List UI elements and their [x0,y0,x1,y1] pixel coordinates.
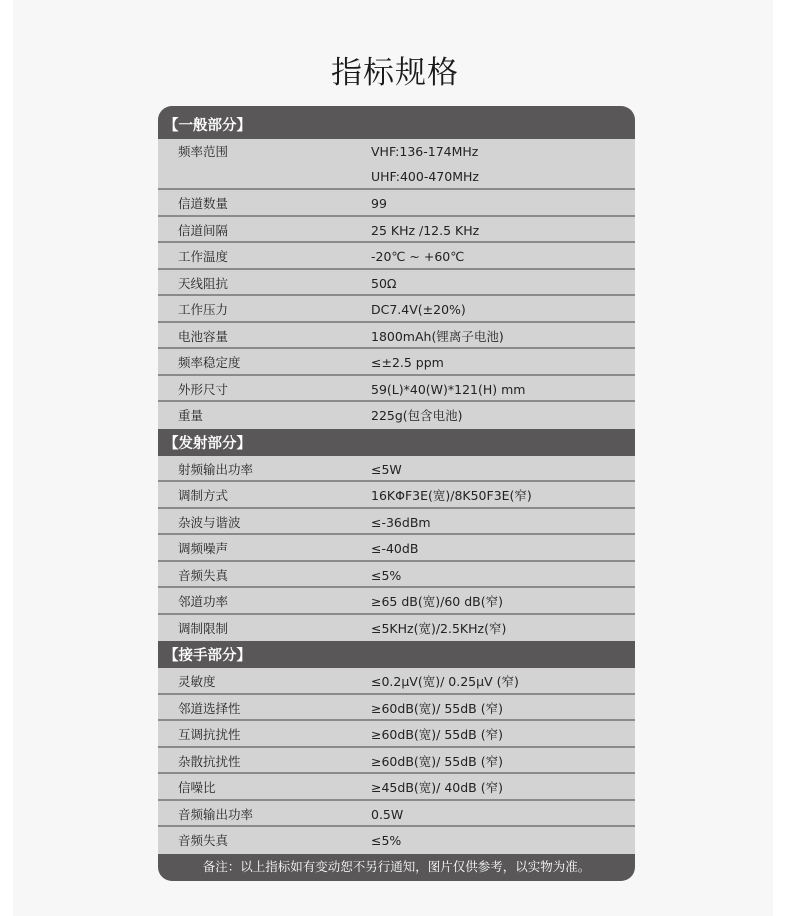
spec-values: ≥60dB(宽)/ 55dB (窄) [371,695,635,720]
spec-row: 工作温度-20℃ ~ +60℃ [158,243,635,270]
spec-value: ≥45dB(宽)/ 40dB (窄) [371,774,635,799]
spec-table: 【一般部分】频率范围VHF:136-174MHzUHF:400-470MHz信道… [158,106,635,881]
spec-row: 灵敏度≤0.2μV(宽)/ 0.25μV (窄) [158,668,635,695]
spec-value: DC7.4V(±20%) [371,296,635,321]
spec-value: 59(L)*40(W)*121(H) mm [371,376,635,401]
spec-values: ≤5% [371,562,635,587]
spec-label: 工作压力 [158,296,371,321]
spec-label: 互调抗扰性 [158,721,371,746]
spec-row: 电池容量1800mAh(锂离子电池) [158,323,635,350]
spec-value: 99 [371,190,635,215]
spec-value: ≤5% [371,827,635,852]
spec-value: ≤5KHz(宽)/2.5KHz(窄) [371,615,635,640]
spec-values: 225g(包含电池) [371,402,635,429]
spec-values: 59(L)*40(W)*121(H) mm [371,376,635,401]
spec-values: ≤-40dB [371,535,635,560]
spec-values: ≤-36dBm [371,509,635,534]
spec-values: ≤0.2μV(宽)/ 0.25μV (窄) [371,668,635,693]
section-header: 【接手部分】 [158,641,635,668]
spec-row: 邻道功率≥65 dB(宽)/60 dB(窄) [158,588,635,615]
spec-values: ≤5W [371,456,635,481]
spec-row: 重量225g(包含电池) [158,402,635,429]
spec-value: 16KΦF3E(宽)/8K50F3E(窄) [371,482,635,507]
spec-label: 天线阻抗 [158,270,371,295]
spec-row: 调制方式16KΦF3E(宽)/8K50F3E(窄) [158,482,635,509]
spec-label: 调制方式 [158,482,371,507]
spec-row: 杂散抗扰性≥60dB(宽)/ 55dB (窄) [158,748,635,775]
spec-label: 电池容量 [158,323,371,348]
spec-label: 射频输出功率 [158,456,371,481]
spec-value: UHF:400-470MHz [371,164,635,189]
spec-values: 1800mAh(锂离子电池) [371,323,635,348]
spec-label: 重量 [158,402,371,429]
spec-label: 信噪比 [158,774,371,799]
spec-values: ≥45dB(宽)/ 40dB (窄) [371,774,635,799]
spec-label: 调制限制 [158,615,371,642]
spec-label: 工作温度 [158,243,371,268]
spec-value: ≥60dB(宽)/ 55dB (窄) [371,721,635,746]
spec-values: 25 KHz /12.5 KHz [371,217,635,242]
spec-values: -20℃ ~ +60℃ [371,243,635,268]
page-title: 指标规格 [0,47,790,92]
spec-row: 调频噪声≤-40dB [158,535,635,562]
spec-label: 外形尺寸 [158,376,371,401]
spec-value: 25 KHz /12.5 KHz [371,217,635,242]
section-header: 【一般部分】 [158,106,635,139]
spec-label: 音频失真 [158,562,371,587]
spec-values: 0.5W [371,801,635,826]
spec-values: VHF:136-174MHzUHF:400-470MHz [371,139,635,188]
spec-row: 信道间隔25 KHz /12.5 KHz [158,217,635,244]
spec-row: 信道数量99 [158,190,635,217]
spec-value: 0.5W [371,801,635,826]
spec-value: VHF:136-174MHz [371,139,635,164]
spec-label: 调频噪声 [158,535,371,560]
spec-value: ≥65 dB(宽)/60 dB(窄) [371,588,635,613]
footer-note: 备注：以上指标如有变动恕不另行通知，图片仅供参考，以实物为准。 [158,854,635,881]
spec-label: 频率稳定度 [158,349,371,374]
spec-label: 杂散抗扰性 [158,748,371,773]
spec-values: ≤±2.5 ppm [371,349,635,374]
spec-value: ≤0.2μV(宽)/ 0.25μV (窄) [371,668,635,693]
spec-row: 音频失真≤5% [158,562,635,589]
spec-label: 信道间隔 [158,217,371,242]
spec-row: 信噪比≥45dB(宽)/ 40dB (窄) [158,774,635,801]
spec-value: ≥60dB(宽)/ 55dB (窄) [371,748,635,773]
spec-label: 信道数量 [158,190,371,215]
spec-values: ≤5% [371,827,635,854]
spec-label: 邻道功率 [158,588,371,613]
spec-value: ≤-40dB [371,535,635,560]
spec-values: ≥60dB(宽)/ 55dB (窄) [371,721,635,746]
spec-value: ≤5W [371,456,635,481]
spec-value: ≥60dB(宽)/ 55dB (窄) [371,695,635,720]
spec-row: 音频失真≤5% [158,827,635,854]
spec-label: 音频输出功率 [158,801,371,826]
spec-row: 音频输出功率0.5W [158,801,635,828]
spec-value: 1800mAh(锂离子电池) [371,323,635,348]
spec-row: 邻道选择性≥60dB(宽)/ 55dB (窄) [158,695,635,722]
spec-values: ≤5KHz(宽)/2.5KHz(窄) [371,615,635,642]
spec-label: 音频失真 [158,827,371,854]
spec-row: 杂波与谐波≤-36dBm [158,509,635,536]
spec-value: ≤-36dBm [371,509,635,534]
spec-row: 天线阻抗50Ω [158,270,635,297]
spec-label: 杂波与谐波 [158,509,371,534]
spec-values: ≥60dB(宽)/ 55dB (窄) [371,748,635,773]
spec-value: ≤5% [371,562,635,587]
spec-values: ≥65 dB(宽)/60 dB(窄) [371,588,635,613]
section-header: 【发射部分】 [158,429,635,456]
spec-row: 外形尺寸59(L)*40(W)*121(H) mm [158,376,635,403]
spec-values: 16KΦF3E(宽)/8K50F3E(窄) [371,482,635,507]
spec-values: 99 [371,190,635,215]
spec-values: DC7.4V(±20%) [371,296,635,321]
spec-row: 互调抗扰性≥60dB(宽)/ 55dB (窄) [158,721,635,748]
spec-row: 调制限制≤5KHz(宽)/2.5KHz(窄) [158,615,635,642]
spec-value: 50Ω [371,270,635,295]
spec-value: 225g(包含电池) [371,402,635,427]
spec-row: 频率范围VHF:136-174MHzUHF:400-470MHz [158,139,635,190]
spec-values: 50Ω [371,270,635,295]
spec-label: 频率范围 [158,139,371,188]
spec-label: 邻道选择性 [158,695,371,720]
spec-value: ≤±2.5 ppm [371,349,635,374]
spec-row: 频率稳定度≤±2.5 ppm [158,349,635,376]
spec-value: -20℃ ~ +60℃ [371,243,635,268]
spec-row: 射频输出功率≤5W [158,456,635,483]
spec-row: 工作压力DC7.4V(±20%) [158,296,635,323]
spec-label: 灵敏度 [158,668,371,693]
